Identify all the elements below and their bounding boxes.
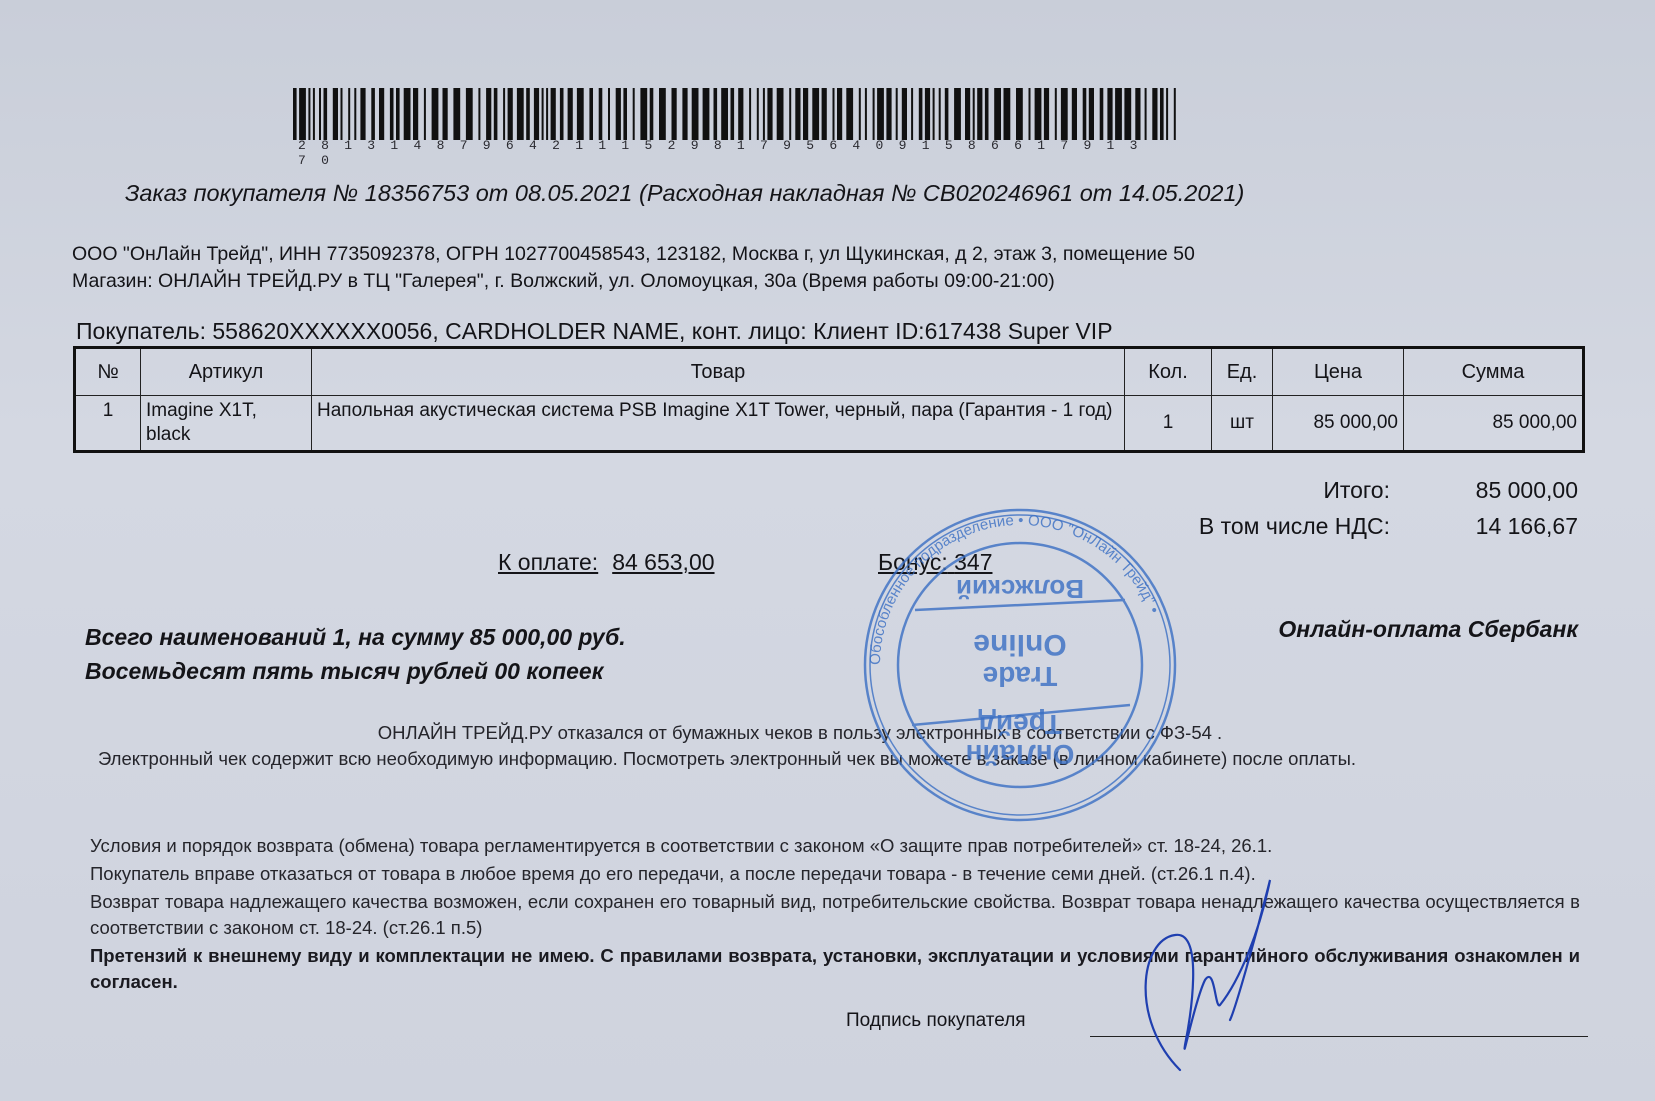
invoice-document: 2813148796421115298179564091586617913 70… — [0, 0, 1655, 1101]
signature-icon — [1120, 870, 1360, 1080]
row-unit: шт — [1212, 396, 1273, 452]
col-price: Цена — [1273, 348, 1404, 396]
stamp-line-2: Online — [973, 628, 1066, 661]
notice-line-2: Электронный чек содержит всю необходимую… — [90, 746, 1580, 772]
total-label: Итого: — [1323, 472, 1390, 508]
row-product: Напольная акустическая система PSB Imagi… — [312, 396, 1125, 452]
vat-value: 14 166,67 — [1448, 508, 1578, 544]
table-row: 1 Imagine X1T, black Напольная акустичес… — [75, 396, 1584, 452]
row-number: 1 — [75, 396, 141, 452]
payment-method: Онлайн-оплата Сбербанк — [1278, 616, 1578, 643]
table-header-row: № Артикул Товар Кол. Ед. Цена Сумма — [75, 348, 1584, 396]
to-pay-label: К оплате: — [498, 549, 598, 575]
totals-block: Итого: 85 000,00 В том числе НДС: 14 166… — [1199, 472, 1578, 544]
organization-info: ООО "ОнЛайн Трейд", ИНН 7735092378, ОГРН… — [72, 241, 1195, 295]
row-price: 85 000,00 — [1273, 396, 1404, 452]
vat-label: В том числе НДС: — [1199, 508, 1390, 544]
document-title: Заказ покупателя № 18356753 от 08.05.202… — [125, 180, 1244, 207]
total-value: 85 000,00 — [1448, 472, 1578, 508]
row-sum: 85 000,00 — [1404, 396, 1584, 452]
to-pay-value: 84 653,00 — [612, 549, 714, 575]
stamp-line-5: ОнЛайн — [966, 739, 1075, 770]
summary-block: Всего наименований 1, на сумму 85 000,00… — [85, 620, 626, 688]
summary-line-1: Всего наименований 1, на сумму 85 000,00… — [85, 620, 626, 654]
buyer-line: Покупатель: 558620XXXXXX0056, CARDHOLDER… — [76, 318, 1113, 345]
col-article: Артикул — [141, 348, 312, 396]
row-article: Imagine X1T, black — [141, 396, 312, 452]
company-stamp-icon: Обособленное подразделение • ООО "ОнЛайн… — [860, 505, 1180, 825]
term-1: Условия и порядок возврата (обмена) това… — [90, 833, 1580, 859]
notice-line-1: ОНЛАЙН ТРЕЙД.РУ отказался от бумажных че… — [90, 720, 1580, 746]
col-sum: Сумма — [1404, 348, 1584, 396]
col-number: № — [75, 348, 141, 396]
receipt-notice: ОНЛАЙН ТРЕЙД.РУ отказался от бумажных че… — [90, 720, 1580, 772]
barcode-digits: 2813148796421115298179564091586617913 70 — [298, 138, 1138, 168]
barcode-icon — [293, 88, 1183, 140]
signature-label: Подпись покупателя — [846, 1010, 1026, 1032]
stamp-line-1: Волжский — [956, 574, 1084, 604]
row-qty: 1 — [1125, 396, 1212, 452]
org-line: ООО "ОнЛайн Трейд", ИНН 7735092378, ОГРН… — [72, 241, 1195, 268]
stamp-line-3: Trade — [983, 661, 1058, 692]
col-unit: Ед. — [1212, 348, 1273, 396]
summary-line-2: Восемьдесят пять тысяч рублей 00 копеек — [85, 654, 626, 688]
to-pay: К оплате:84 653,00 — [498, 549, 715, 576]
col-product: Товар — [312, 348, 1125, 396]
items-table: № Артикул Товар Кол. Ед. Цена Сумма 1 Im… — [73, 346, 1585, 453]
store-line: Магазин: ОНЛАЙН ТРЕЙД.РУ в ТЦ "Галерея",… — [72, 268, 1195, 295]
col-qty: Кол. — [1125, 348, 1212, 396]
stamp-line-4: Трейд — [978, 709, 1062, 740]
